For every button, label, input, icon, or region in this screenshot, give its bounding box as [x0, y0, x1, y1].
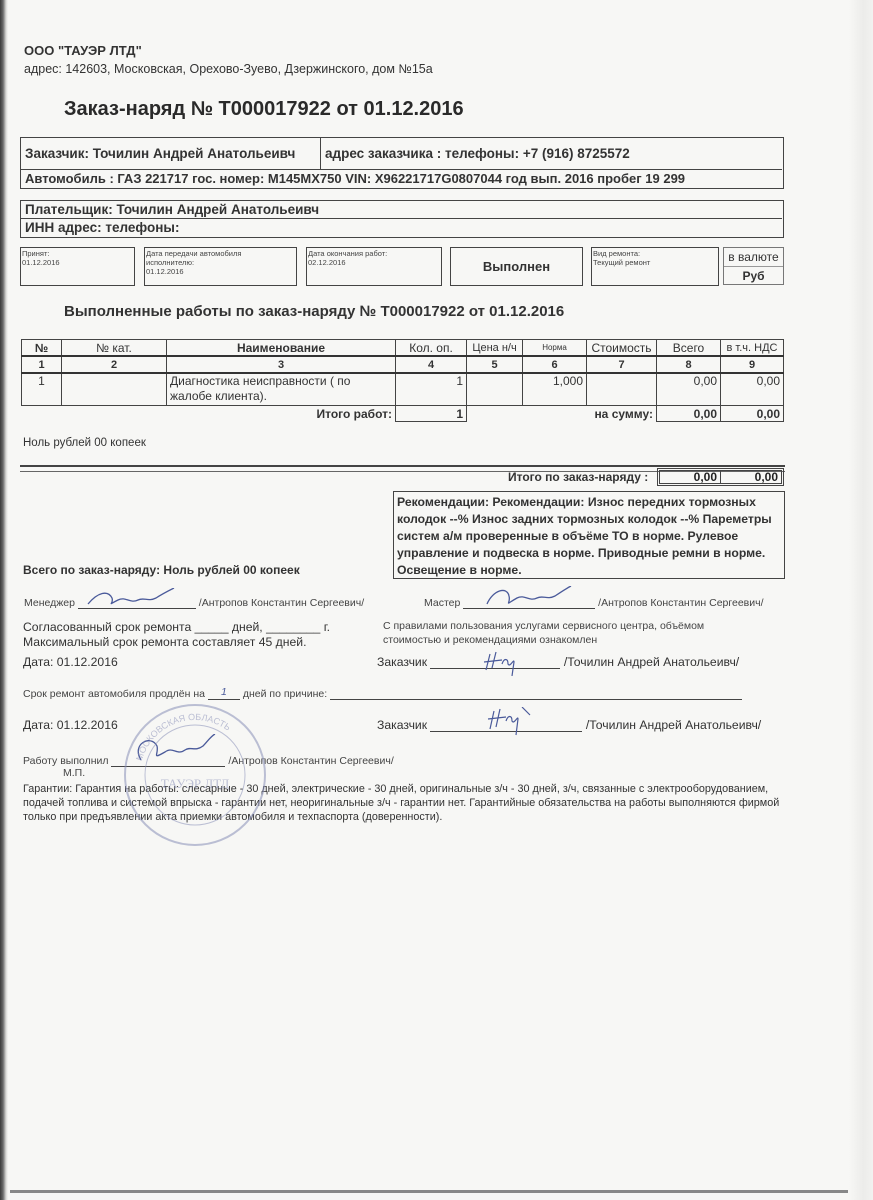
sum-total: 0,00 [657, 406, 721, 422]
col-header-qty: Кол. оп. [396, 340, 467, 357]
stamp-place-label: М.П. [63, 767, 85, 779]
scan-edge-left [0, 0, 8, 1200]
extension-suffix: дней по причине: [243, 688, 327, 700]
master-name: /Антропов Константин Сергеевич/ [598, 597, 763, 609]
col-num: 9 [721, 356, 784, 373]
accepted-label: Принят: [22, 249, 134, 258]
col-num: 4 [396, 356, 467, 373]
col-header-price: Цена н/ч [467, 340, 523, 357]
col-num: 3 [167, 356, 396, 373]
finish-box: Дата окончания работ: 02.12.2016 [306, 247, 442, 286]
totals-row: Итого работ: 1 на сумму: 0,00 0,00 [22, 406, 784, 422]
performed-label: Работу выполнил [23, 755, 109, 767]
works-table: № № кат. Наименование Кол. оп. Цена н/ч … [21, 339, 784, 422]
col-num: 5 [467, 356, 523, 373]
cell-cost [587, 373, 657, 406]
grand-total-value: 0,00 [660, 471, 721, 483]
grand-total-words: Всего по заказ-наряду: Ноль рублей 00 ко… [23, 563, 300, 577]
cell-norm: 1,000 [523, 373, 587, 406]
currency-value: Руб [724, 267, 783, 285]
extension-reason-line [330, 686, 742, 700]
payer-details: ИНН адрес: телефоны: [21, 219, 782, 236]
performed-signature [111, 752, 225, 767]
warranty-text: Гарантии: Гарантия на работы: слесарные … [23, 782, 783, 824]
date-1: Дата: 01.12.2016 [23, 655, 118, 669]
cell-vat: 0,00 [721, 373, 784, 406]
total-works-qty: 1 [396, 406, 467, 422]
manager-label: Менеджер [24, 597, 75, 609]
vehicle-info: Автомобиль : ГАЗ 221717 гос. номер: М145… [21, 169, 782, 187]
repair-type-label: Вид ремонта: [593, 249, 718, 258]
rules-ack-line2: стоимостью и рекомендациями ознакомлен [383, 633, 704, 647]
accepted-date: 01.12.2016 [22, 258, 134, 267]
manager-signature-line: Менеджер /Антропов Константин Сергеевич/ [24, 594, 364, 609]
manager-name: /Антропов Константин Сергеевич/ [199, 597, 364, 609]
col-header-norm: Норма [523, 340, 587, 357]
handover-box: Дата передачи автомобиля исполнителю: 01… [144, 247, 297, 286]
customer-label: Заказчик [377, 655, 427, 669]
column-numbers-row: 1 2 3 4 5 6 7 8 9 [22, 356, 784, 373]
date-2: Дата: 01.12.2016 [23, 718, 118, 732]
table-header-row: № № кат. Наименование Кол. оп. Цена н/ч … [22, 340, 784, 357]
total-works-label: Итого работ: [22, 406, 396, 422]
table-row: 1 Диагностика неисправности ( по жалобе … [22, 373, 784, 406]
col-header-total: Всего [657, 340, 721, 357]
signature-scribble-icon [430, 650, 560, 676]
rules-acknowledgement: С правилами пользования услугами сервисн… [383, 619, 704, 647]
col-header-cat: № кат. [62, 340, 167, 357]
signature-scribble-icon [78, 588, 196, 610]
master-signature-line: Мастер /Антропов Константин Сергеевич/ [424, 594, 764, 609]
customer-signature [430, 654, 560, 669]
signature-scribble-icon [111, 734, 225, 768]
signature-scribble-icon [430, 707, 582, 737]
col-header-cost: Стоимость [587, 340, 657, 357]
col-num: 2 [62, 356, 167, 373]
col-num: 6 [523, 356, 587, 373]
extension-days: 1 [208, 686, 240, 700]
company-address: адрес: 142603, Московская, Орехово-Зуево… [24, 62, 433, 76]
grand-total-box: 0,00 0,00 [657, 468, 784, 486]
extension-line: Срок ремонт автомобиля продлён на 1 дней… [23, 686, 742, 700]
customer-contacts: адрес заказчика : телефоны: +7 (916) 872… [321, 138, 781, 169]
handover-label: Дата передачи автомобиля исполнителю: [146, 249, 266, 267]
customer-name: Заказчик: Точилин Андрей Анатольеивч [21, 138, 321, 169]
agreed-term: Согласованный срок ремонта _____ дней, _… [23, 620, 330, 650]
page-title: Заказ-наряд № T000017922 от 01.12.2016 [64, 98, 464, 121]
sum-label: на сумму: [467, 406, 657, 422]
customer-box: Заказчик: Точилин Андрей Анатольеивч адр… [20, 137, 784, 189]
cell-name: Диагностика неисправности ( по жалобе кл… [167, 373, 396, 406]
customer-signature [430, 717, 582, 732]
grand-total-label: Итого по заказ-наряду : [508, 470, 648, 484]
customer-label: Заказчик [377, 718, 427, 732]
rules-ack-line1: С правилами пользования услугами сервисн… [383, 619, 704, 633]
sum-in-words: Ноль рублей 00 копеек [23, 437, 146, 449]
manager-signature [78, 594, 196, 609]
recommendations-box: Рекомендации: Рекомендации: Износ передн… [393, 491, 785, 579]
company-name: ООО "ТАУЭР ЛТД" [24, 43, 142, 58]
repair-type-box: Вид ремонта: Текущий ремонт [591, 247, 719, 286]
payer-box: Плательщик: Точилин Андрей Анатольеивч И… [20, 200, 784, 238]
cell-cat [62, 373, 167, 406]
col-num: 1 [22, 356, 62, 373]
agreed-term-text: Согласованный срок ремонта _____ дней, _… [23, 620, 330, 635]
handover-date: 01.12.2016 [146, 267, 296, 276]
currency-label: в валюте [724, 248, 783, 267]
customer-name: /Точилин Андрей Анатольеивч/ [564, 655, 739, 669]
grand-total-vat: 0,00 [721, 471, 781, 483]
works-section-title: Выполненные работы по заказ-наряду № T00… [64, 303, 564, 320]
signature-scribble-icon [463, 586, 595, 610]
repair-type-value: Текущий ремонт [593, 258, 718, 267]
performed-by-line: Работу выполнил /Антропов Константин Сер… [23, 752, 394, 767]
page-bottom-edge [10, 1190, 848, 1193]
sum-vat: 0,00 [721, 406, 784, 422]
col-num: 8 [657, 356, 721, 373]
finish-date: 02.12.2016 [308, 258, 441, 267]
customer-signature-line-2: Заказчик /Точилин Андрей Анатольеивч/ [377, 717, 761, 732]
company-stamp-icon: МОСКОВСКАЯ ОБЛАСТЬ ТАУЭР ЛТД [120, 700, 270, 850]
master-label: Мастер [424, 597, 460, 609]
col-num: 7 [587, 356, 657, 373]
status-badge: Выполнен [450, 247, 583, 286]
col-header-no: № [22, 340, 62, 357]
scan-edge-right [849, 0, 873, 1200]
customer-signature-line-1: Заказчик /Точилин Андрей Анатольеивч/ [377, 654, 739, 669]
payer-name: Плательщик: Точилин Андрей Анатольеивч [21, 201, 782, 219]
finish-label: Дата окончания работ: [308, 249, 441, 258]
accepted-box: Принят: 01.12.2016 [20, 247, 135, 286]
currency-box: в валюте Руб [723, 247, 784, 285]
master-signature [463, 594, 595, 609]
col-header-vat: в т.ч. НДС [721, 340, 784, 357]
cell-no: 1 [22, 373, 62, 406]
cell-price [467, 373, 523, 406]
performed-name: /Антропов Константин Сергеевич/ [228, 755, 393, 767]
col-header-name: Наименование [167, 340, 396, 357]
extension-prefix: Срок ремонт автомобиля продлён на [23, 688, 205, 700]
cell-qty: 1 [396, 373, 467, 406]
max-term-text: Максимальный срок ремонта составляет 45 … [23, 635, 330, 650]
customer-name: /Точилин Андрей Анатольеивч/ [586, 718, 761, 732]
cell-total: 0,00 [657, 373, 721, 406]
